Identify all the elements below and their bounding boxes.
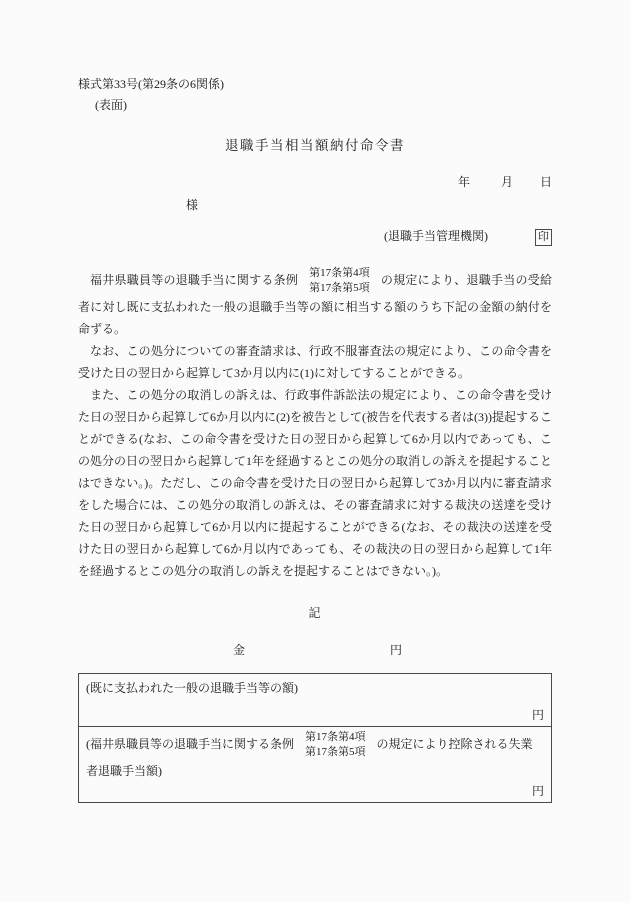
date-month-label: 月	[501, 175, 513, 189]
paragraph-payment-order: 福井県職員等の退職手当に関する条例第17条第4項第17条第5項の規定により、退職…	[78, 266, 552, 340]
paragraph-review-notice: なお、この処分についての審査請求は、行政不服審査法の規定により、この命令書を受け…	[78, 340, 552, 384]
form-number: 様式第33号(第29条の6関係)	[78, 75, 552, 93]
amount-table: (既に支払われた一般の退職手当等の額) 円 (福井県職員等の退職手当に関する条例…	[78, 673, 552, 803]
addressee-line: 様	[78, 196, 552, 214]
table-row-paid-allowance: (既に支払われた一般の退職手当等の額) 円	[79, 673, 552, 726]
amount-unit-label: 円	[390, 643, 402, 657]
paragraph-lawsuit-notice: また、この処分の取消しの訴えは、行政事件訴訟法の規定により、この命令書を受けた日…	[78, 384, 552, 582]
addressee-suffix: 様	[186, 198, 198, 212]
document-page: 様式第33号(第29条の6関係) (表面) 退職手当相当額納付命令書 年 月 日…	[0, 0, 630, 903]
date-year-label: 年	[458, 175, 470, 189]
row1-label: (既に支払われた一般の退職手当等の額)	[86, 677, 544, 699]
document-body: 福井県職員等の退職手当に関する条例第17条第4項第17条第5項の規定により、退職…	[78, 266, 552, 582]
clause-stack: 第17条第4項第17条第5項	[309, 266, 370, 296]
side-label: (表面)	[78, 96, 552, 114]
clause-article-4: 第17条第4項	[305, 730, 366, 745]
table-row-deducted-allowance: (福井県職員等の退職手当に関する条例第17条第4項第17条第5項の規定により控除…	[79, 726, 552, 802]
clause-article-4: 第17条第4項	[309, 266, 370, 281]
issuer-line: (退職手当管理機関) 印	[78, 227, 552, 246]
issuer-label: (退職手当管理機関)	[384, 229, 488, 243]
row2-unit: 円	[86, 782, 544, 800]
row2-text-before: (福井県職員等の退職手当に関する条例	[86, 737, 294, 751]
record-heading: 記	[78, 602, 552, 624]
date-line: 年 月 日	[78, 173, 552, 191]
clause-article-5: 第17条第5項	[309, 281, 370, 296]
order-text-before: 福井県職員等の退職手当に関する条例	[90, 273, 298, 287]
clause-stack: 第17条第4項第17条第5項	[305, 730, 366, 760]
amount-prefix-label: 金	[233, 643, 245, 657]
row2-label: (福井県職員等の退職手当に関する条例第17条第4項第17条第5項の規定により控除…	[86, 730, 544, 782]
amount-line: 金 円	[78, 640, 552, 660]
clause-article-5: 第17条第5項	[305, 745, 366, 760]
page-title: 退職手当相当額納付命令書	[78, 136, 552, 156]
date-day-label: 日	[540, 175, 552, 189]
seal-mark: 印	[535, 229, 552, 246]
row1-unit: 円	[86, 706, 544, 724]
